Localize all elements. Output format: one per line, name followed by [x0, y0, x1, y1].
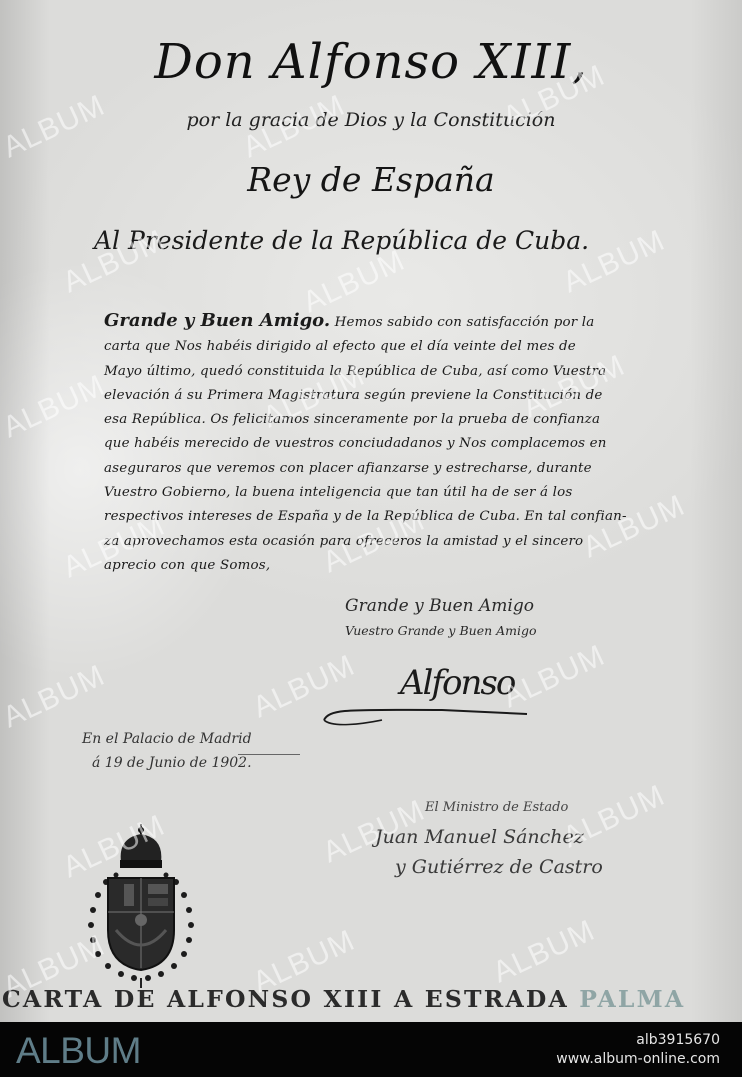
signature-flourish-icon	[322, 698, 532, 728]
closing-line-2: Vuestro Grande y Buen Amigo	[345, 623, 537, 638]
minister-title: El Ministro de Estado	[425, 800, 568, 815]
date-underline	[238, 754, 300, 755]
letter-scan: Don Alfonso XIII, por la gracia de Dios …	[0, 0, 742, 1022]
body-line: respectivos intereses de España y de la …	[104, 505, 644, 529]
watermark-text: ALBUM	[0, 659, 110, 736]
body-line: que habéis merecido de vuestros conciuda…	[104, 432, 644, 456]
letter-addressee: Al Presidente de la República de Cuba.	[94, 226, 589, 255]
royal-signature: Alfonso	[400, 663, 514, 703]
body-line: Mayo último, quedó constituida la Repúbl…	[104, 360, 644, 384]
image-id: alb3915670	[636, 1032, 720, 1048]
letter-subtitle: por la gracia de Dios y la Constitución	[0, 109, 742, 131]
minister-signature-line-2: y Gutiérrez de Castro	[395, 856, 603, 878]
minister-signature-line-1: Juan Manuel Sánchez	[375, 826, 584, 848]
body-line: elevación á su Primera Magistratura segú…	[104, 384, 644, 408]
coat-of-arms-icon	[76, 820, 206, 990]
salutation: Grande y Buen Amigo.	[104, 310, 330, 331]
watermark-text: ALBUM	[0, 369, 110, 446]
body-line: aseguraros que veremos con placer afianz…	[104, 457, 644, 481]
caption-main: CARTA DE ALFONSO XIII A ESTRADA	[2, 985, 579, 1013]
body-line: carta que Nos habéis dirigido al efecto …	[104, 335, 644, 359]
closing-line-1: Grande y Buen Amigo	[345, 596, 534, 616]
letter-title: Don Alfonso XIII,	[0, 34, 742, 90]
letter-body: Grande y Buen Amigo. Hemos sabido con sa…	[104, 309, 644, 578]
caption-faded: PALMA	[579, 985, 685, 1013]
body-line-text: Hemos sabido con satisfacción por la	[335, 315, 595, 330]
letter-place: En el Palacio de Madrid	[82, 731, 252, 747]
album-logo: ALBUM	[16, 1030, 141, 1072]
letter-date: á 19 de Junio de 1902.	[92, 755, 252, 771]
body-line: aprecio con que Somos,	[104, 554, 644, 578]
footer-bar: ALBUM alb3915670 www.album-online.com	[0, 1022, 742, 1077]
watermark-text: ALBUM	[488, 914, 601, 991]
site-url[interactable]: www.album-online.com	[556, 1051, 720, 1067]
body-line: esa República. Os felicitamos sinceramen…	[104, 408, 644, 432]
body-line: Vuestro Gobierno, la buena inteligencia …	[104, 481, 644, 505]
body-line: Grande y Buen Amigo. Hemos sabido con sa…	[104, 309, 644, 335]
letter-heading: Rey de España	[0, 160, 742, 199]
body-line: za aprovechamos esta ocasión para ofrece…	[104, 530, 644, 554]
photo-caption: CARTA DE ALFONSO XIII A ESTRADA PALMA	[0, 985, 742, 1013]
